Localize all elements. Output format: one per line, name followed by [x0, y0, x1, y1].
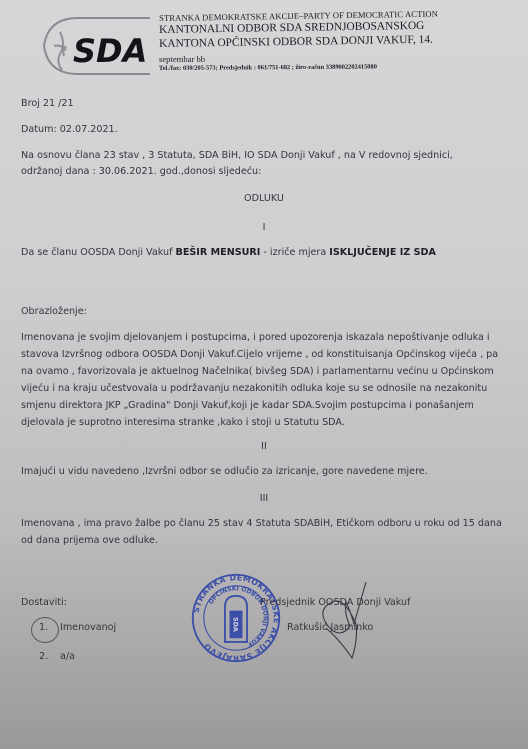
section-3-numeral: III — [0, 493, 528, 504]
document-number: Broj 21 /21 — [21, 98, 74, 109]
svg-text:SDA: SDA — [231, 617, 239, 632]
official-stamp: STRANKA DEMOKRATSKE AKCIJE SARAJEVO OPĆI… — [190, 572, 282, 664]
deliver-item-label: Imenovanoj — [60, 622, 116, 633]
document-page: SDA STRANKA DEMOKRATSKE AKCIJE–PARTY OF … — [0, 0, 528, 749]
section-2-numeral: II — [0, 441, 528, 452]
measure: ISKLJUČENJE IZ SDA — [329, 247, 436, 258]
deliver-heading: Dostaviti: — [21, 597, 67, 608]
reasoning-line: na ovamo , favorizovala je aktuelnog Nač… — [21, 366, 494, 377]
decision-prefix: Da se članu OOSDA Donji Vakuf — [21, 247, 176, 258]
deliver-item-label: a/a — [60, 651, 75, 662]
sda-logo: SDA — [38, 12, 158, 80]
reasoning-line: Imenovana je svojim djelovanjem i postup… — [21, 332, 490, 343]
reasoning-line: smjenu direktora JKP „Gradina" Donji Vak… — [21, 400, 474, 411]
letterhead-address: septembar bb — [159, 54, 205, 64]
decision-middle: - izriče mjera — [260, 247, 329, 258]
letterhead-municipal-board: KANTONA OPĆINSKI ODBOR SDA DONJI VAKUF, … — [159, 34, 433, 50]
section-3-line-2: od dana prijema ove odluke. — [21, 535, 158, 546]
handwritten-signature — [310, 580, 372, 660]
reasoning-line: djelovala je suprotno interesima stranke… — [21, 417, 345, 428]
document-date: Datum: 02.07.2021. — [21, 124, 118, 135]
deliver-item-number: 2. — [39, 651, 48, 662]
reasoning-line: stavova Izvršnog odbora OOSDA Donji Vaku… — [21, 349, 498, 360]
section-3-line-1: Imenovana , ima pravo žalbe po članu 25 … — [21, 518, 502, 529]
decision-statement: Da se članu OOSDA Donji Vakuf BEŠIR MENS… — [21, 247, 436, 258]
section-1-numeral: I — [0, 222, 528, 233]
section-2-text: Imajući u vidu navedeno ,Izvršni odbor s… — [21, 466, 428, 477]
svg-text:SDA: SDA — [73, 32, 147, 70]
intro-line-2: održanoj dana : 30.06.2021. god.,donosi … — [21, 166, 261, 177]
document-title: ODLUKU — [0, 193, 528, 204]
deliver-item-number: 1. — [39, 622, 48, 633]
reasoning-heading: Obrazloženje: — [21, 306, 87, 317]
member-name: BEŠIR MENSURI — [176, 247, 261, 258]
intro-line-1: Na osnovu člana 23 stav , 3 Statuta, SDA… — [21, 150, 453, 161]
reasoning-line: vijeću i na kraju učestvovala u podržava… — [21, 383, 487, 394]
letterhead-contact: Tel./fax: 030/205-573; Predsjednik : 061… — [159, 63, 377, 72]
